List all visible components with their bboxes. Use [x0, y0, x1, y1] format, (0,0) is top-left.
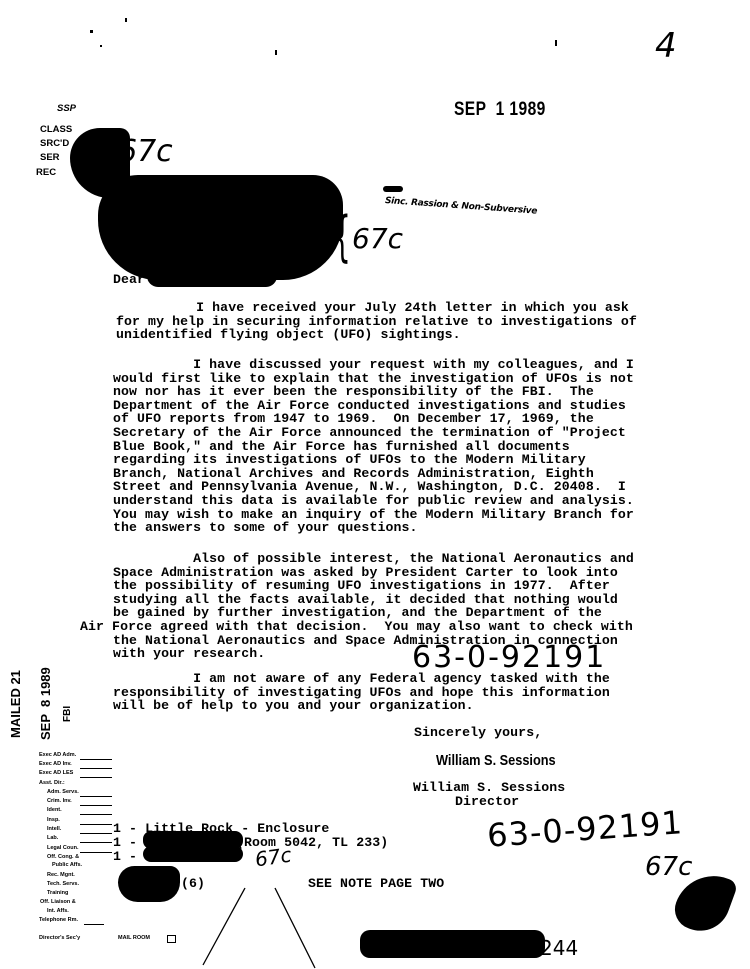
- routing-line: [80, 768, 112, 769]
- ink-smudge: [383, 186, 403, 192]
- body-line: now nor has it ever been the responsibil…: [113, 385, 634, 399]
- salutation: Dear: [113, 273, 145, 287]
- body-paragraph-1: I have received your July 24th letter in…: [116, 301, 637, 342]
- routing-item: Telephone Rm.: [39, 917, 78, 923]
- routing-line: [80, 759, 112, 760]
- routing-item: Exec AD Adm.: [39, 752, 76, 758]
- copy-item: 1 -: [113, 836, 145, 850]
- routing-item: Director's Sec'y: [39, 935, 80, 941]
- body-line: Space Administration was asked by Presid…: [113, 566, 634, 580]
- letter-page: 4 SEP 1 1989 SSP CLASS SRC'D SER REC 67c…: [0, 0, 750, 969]
- body-line: responsibility of investigating UFOs and…: [113, 686, 610, 700]
- body-line: understand this data is available for pu…: [113, 494, 634, 508]
- letter-date: SEP 1 1989: [454, 99, 546, 121]
- handwritten-page-mark: 4: [655, 26, 677, 66]
- routing-line: [80, 842, 112, 843]
- footer-note: SEE NOTE PAGE TWO: [308, 877, 444, 891]
- routing-code-ser: SER: [40, 152, 60, 163]
- routing-line: [80, 852, 112, 853]
- speck-mark: [100, 45, 102, 47]
- body-line: for my help in securing information rela…: [116, 315, 637, 329]
- body-line: I have received your July 24th letter in…: [116, 301, 637, 315]
- copy-item: 1 -: [113, 850, 145, 864]
- body-line: the possibility of resuming UFO investig…: [113, 579, 634, 593]
- body-line: the answers to some of your questions.: [113, 521, 634, 535]
- body-line: You may wish to make an inquiry of the M…: [113, 508, 634, 522]
- routing-item: Insp.: [47, 817, 60, 823]
- routing-line: [80, 824, 112, 825]
- body-line: unidentified flying object (UFO) sightin…: [116, 328, 637, 342]
- routing-item: Off. Liaison &: [40, 899, 76, 905]
- body-line: I have discussed your request with my co…: [113, 358, 634, 372]
- copy-count: 1: [113, 835, 121, 850]
- body-line: be gained by further investigation, and …: [113, 606, 634, 620]
- signer-title: Director: [455, 795, 519, 809]
- routing-item: Adm. Servs.: [47, 789, 79, 795]
- speck-mark: [90, 30, 93, 33]
- signer-name: William S. Sessions: [413, 781, 565, 795]
- routing-item: Public Affs.: [52, 862, 82, 868]
- routing-item: Int. Affs.: [47, 908, 69, 914]
- routing-line: [80, 814, 112, 815]
- copy-count: 1: [113, 849, 121, 864]
- handwritten-exemption-code: 67c: [645, 852, 692, 882]
- body-line: Air Force agreed with that decision. You…: [80, 620, 634, 634]
- routing-code-class: CLASS: [40, 124, 72, 135]
- speck-mark: [275, 50, 277, 55]
- routing-code-rec: REC: [36, 167, 56, 178]
- body-line: Street and Pennsylvania Avenue, N.W., Wa…: [113, 480, 634, 494]
- redaction-block: [360, 930, 545, 958]
- distribution-note-text: Sinc. Rassion & Non-Subversive: [385, 196, 538, 217]
- handwritten-file-number: 63-0-92191: [486, 803, 684, 855]
- mail-room-label: MAIL ROOM: [118, 935, 150, 941]
- speck-mark: [125, 18, 127, 22]
- body-line: would first like to explain that the inv…: [113, 372, 634, 386]
- body-line: will be of help to you and your organiza…: [113, 699, 610, 713]
- body-line: of UFO reports from 1947 to 1969. On Dec…: [113, 412, 634, 426]
- body-line: Blue Book," and the Air Force has furnis…: [113, 440, 634, 454]
- routing-code-ssp: SSP: [57, 103, 76, 114]
- routing-item: Exec AD LES: [39, 770, 73, 776]
- routing-line: [80, 777, 112, 778]
- body-paragraph-4: I am not aware of any Federal agency tas…: [113, 672, 610, 713]
- body-line: studying all the facts available, it dec…: [113, 593, 634, 607]
- mailed-stamp-label: MAILED 21: [8, 670, 23, 738]
- distribution-note: Sinc. Rassion & Non-Subversive: [384, 190, 595, 227]
- signature: William S. Sessions: [436, 752, 556, 769]
- body-line: Branch, National Archives and Records Ad…: [113, 467, 634, 481]
- handwritten-exemption-code: 67c: [254, 843, 293, 872]
- pen-stroke-mark: [195, 880, 325, 969]
- routing-item: Tech. Servs.: [47, 881, 79, 887]
- body-line: Department of the Air Force conducted in…: [113, 399, 634, 413]
- routing-line: [80, 805, 112, 806]
- routing-item: Training: [47, 890, 68, 896]
- mailed-stamp-date: SEP 8 1989: [38, 667, 53, 740]
- handwritten-exemption-code: 67c: [118, 134, 173, 169]
- routing-line: [80, 796, 112, 797]
- routing-code-srcd: SRC'D: [40, 138, 69, 149]
- body-line: regarding its investigations of UFOs to …: [113, 453, 634, 467]
- routing-item: Crim. Inv.: [47, 798, 72, 804]
- valediction: Sincerely yours,: [414, 726, 542, 740]
- body-line: Secretary of the Air Force announced the…: [113, 426, 634, 440]
- copy-count: 1: [113, 821, 121, 836]
- redaction-recipient-name: [147, 265, 277, 287]
- routing-line: [80, 833, 112, 834]
- routing-item: Legal Coun.: [47, 845, 78, 851]
- handwritten-brace: {: [334, 205, 351, 268]
- routing-item: Lab.: [47, 835, 58, 841]
- routing-item: Asst. Dir.:: [39, 780, 65, 786]
- body-line: Also of possible interest, the National …: [113, 552, 634, 566]
- routing-item: Off. Cong. &: [47, 854, 79, 860]
- routing-item: Rec. Mgnt.: [47, 872, 75, 878]
- mailed-stamp-agency: FBI: [62, 706, 73, 722]
- page-number-fragment: 244: [540, 936, 578, 960]
- redaction-block: [118, 866, 180, 902]
- routing-line: [84, 924, 104, 925]
- redaction-copy-recipient: [143, 846, 243, 862]
- handwritten-file-number: 63-0-92191: [412, 640, 606, 675]
- handwritten-exemption-code: 67c: [352, 222, 403, 255]
- speck-mark: [555, 40, 557, 46]
- routing-item: Intell.: [47, 826, 61, 832]
- routing-item: Ident.: [47, 807, 62, 813]
- body-paragraph-2: I have discussed your request with my co…: [113, 358, 634, 535]
- mail-room-checkbox: [167, 935, 176, 943]
- routing-item: Exec AD Inv.: [39, 761, 72, 767]
